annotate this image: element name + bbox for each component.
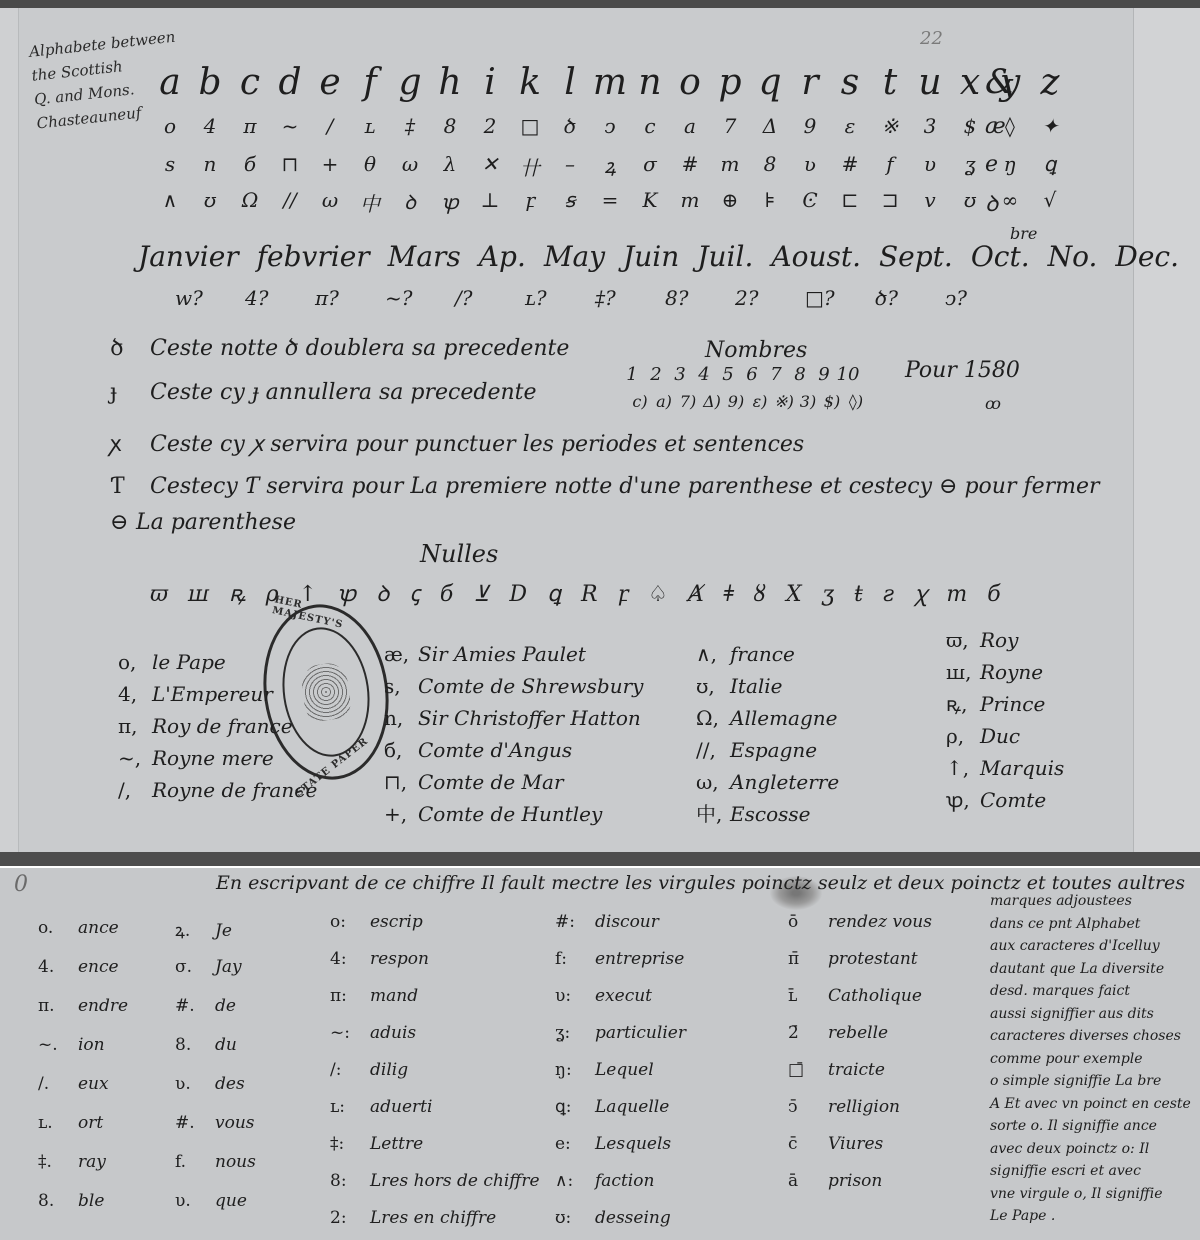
cipher-symbol: ✦ — [1030, 114, 1070, 138]
number-code: $) — [820, 392, 844, 411]
key-entry: ∧,france — [696, 638, 839, 670]
paragraph-line: marques adjoustees — [990, 890, 1191, 913]
cipher-symbol: # — [670, 152, 710, 181]
month-code: 8? — [665, 286, 735, 310]
key-entry: ʟ.ort — [38, 1113, 103, 1133]
cipher-code: υ: — [555, 986, 595, 1006]
number-digit: 9 — [812, 364, 836, 385]
null-symbol: Ⱥ — [688, 582, 704, 607]
month-name: Aoust. — [771, 240, 861, 273]
extra-symbol: æ — [985, 114, 1006, 139]
cipher-code: 8. — [38, 1191, 78, 1211]
key-entry: e:Lesquels — [555, 1134, 671, 1154]
key-entry: ~:aduis — [330, 1023, 416, 1043]
number-code: 9) — [724, 392, 748, 411]
plaintext-value: ion — [78, 1035, 105, 1055]
cipher-symbol: 8 — [750, 152, 790, 181]
null-symbol: б — [987, 582, 1000, 607]
key-entry: ϖ,Roy — [946, 624, 1064, 656]
names-column-3: ∧,franceʊ,ItalieΩ,Allemagne//,Espagneω,A… — [696, 638, 839, 830]
alphabet-letter: r — [790, 62, 830, 103]
months-suffix: bre — [1010, 224, 1037, 243]
null-symbol: ŧ — [854, 582, 863, 607]
plaintext-value: eux — [78, 1074, 109, 1094]
cipher-code: /, — [118, 774, 152, 806]
plaintext-value: particulier — [595, 1023, 686, 1043]
key-entry: o,le Pape — [118, 646, 317, 678]
null-symbol: ǂ — [724, 582, 734, 607]
note-line-punctuation: ꭗCeste cy ꭗ servira pour punctuer les pe… — [110, 428, 804, 458]
alphabet-letters-row: abcdefghiklmnopqrstuxyz — [150, 62, 1070, 103]
key-entry: υ:execut — [555, 986, 652, 1006]
month-code: ‡? — [595, 286, 665, 310]
paragraph-line: dautant que La diversite — [990, 958, 1191, 981]
key-entry: ꝗ:Laquelle — [555, 1097, 669, 1117]
key-entry: o:escrip — [330, 912, 423, 932]
cipher-code: б, — [384, 734, 418, 766]
cipher-code: ʓ: — [555, 1023, 595, 1043]
cipher-code: ʊ: — [555, 1208, 595, 1228]
cipher-code: ʟ. — [38, 1113, 78, 1133]
cipher-code: σ. — [175, 957, 215, 977]
key-entry: n,Sir Christoffer Hatton — [384, 702, 643, 734]
plaintext-value: Lettre — [370, 1134, 423, 1154]
key-entry: π,Roy de france — [118, 710, 317, 742]
cipher-code: c̄ — [788, 1134, 828, 1154]
number-digit: 6 — [740, 364, 764, 385]
cipher-symbol: 4 — [190, 114, 230, 138]
cipher-code: ꝕ, — [946, 784, 980, 816]
cipher-symbol: ꝗ — [1030, 152, 1070, 181]
cipher-symbol: m — [710, 152, 750, 181]
cipher-symbol: n — [190, 152, 230, 181]
plaintext-value: prison — [828, 1171, 882, 1191]
cipher-code: n, — [384, 702, 418, 734]
cipher-code: s, — [384, 670, 418, 702]
key-entry: /.eux — [38, 1074, 109, 1094]
number-code: 7) — [676, 392, 700, 411]
key-entry: c̄Viures — [788, 1134, 883, 1154]
cipher-code: 8: — [330, 1171, 370, 1191]
plaintext-value: dilig — [370, 1060, 408, 1080]
key-entry: ꟺ,Royne — [946, 656, 1064, 688]
null-symbol: ꟺ — [188, 582, 209, 607]
plaintext-value: traicte — [828, 1060, 885, 1080]
cipher-symbol: ↄ — [590, 114, 630, 138]
plaintext-value: Royne de france — [152, 778, 317, 802]
key-entry: 4,L'Empereur — [118, 678, 317, 710]
cipher-code: #. — [175, 996, 215, 1016]
cipher-code: ʟ: — [330, 1097, 370, 1117]
cipher-code: ‡: — [330, 1134, 370, 1154]
plaintext-value: des — [215, 1074, 245, 1094]
cipher-symbol: ꝝ — [590, 152, 630, 181]
key-entry: #.de — [175, 996, 236, 1016]
note-text: Ceste notte ծ doublera sa precedente — [150, 336, 569, 361]
number-digit: 1 — [620, 364, 644, 385]
cipher-symbol: υ — [910, 152, 950, 181]
months-row: JanvierfebvrierMarsAp.MayJuinJuil.Aoust.… — [138, 240, 1197, 273]
cipher-symbol: ʟ — [350, 114, 390, 138]
cipher-symbol: ⊥ — [470, 188, 510, 217]
cipher-code: Ω, — [696, 702, 730, 734]
cipher-code: #. — [175, 1113, 215, 1133]
cipher-code: ρ, — [946, 720, 980, 752]
month-code: 4? — [245, 286, 315, 310]
plaintext-value: Escosse — [730, 802, 810, 826]
key-entry: 8.ble — [38, 1191, 104, 1211]
note-text: Ceste cy ꭗ servira pour punctuer les per… — [150, 432, 804, 457]
number-code: 3) — [796, 392, 820, 411]
plaintext-value: rendez vous — [828, 912, 932, 932]
key-entry: /:dilig — [330, 1060, 408, 1080]
month-code: ~? — [385, 286, 455, 310]
numbers-codes-row: c)a)7)Δ)9)ε)※)3)$)◊) — [628, 392, 868, 411]
cipher-symbol: // — [270, 188, 310, 217]
names-column-2: æ,Sir Amies Paulets,Comte de Shrewsburyn… — [384, 638, 643, 830]
number-digit: 7 — [764, 364, 788, 385]
numbers-digits-row: 12345678910 — [620, 364, 860, 385]
sheet-right-margin — [1133, 8, 1200, 854]
cipher-code: ʟ̄ — [788, 986, 828, 1006]
cipher-code: □̄ — [788, 1060, 828, 1080]
plaintext-value: de — [215, 996, 236, 1016]
plaintext-value: Comte d'Angus — [418, 738, 572, 762]
alphabet-letter: s — [830, 62, 870, 103]
cipher-symbol: ꝕ — [430, 188, 470, 217]
cipher-code: π, — [118, 710, 152, 742]
number-digit: 2 — [644, 364, 668, 385]
plaintext-value: mand — [370, 986, 418, 1006]
number-code: ε) — [748, 392, 772, 411]
cipher-symbol: ʊ — [190, 188, 230, 217]
key-entry: /,Royne de france — [118, 774, 317, 806]
month-name: May — [544, 240, 605, 273]
key-entry: #:discour — [555, 912, 659, 932]
cipher-symbol: ꞩ — [550, 188, 590, 217]
alphabet-letter: g — [390, 62, 430, 103]
plaintext-value: ance — [78, 918, 119, 938]
plaintext-value: Royne mere — [152, 746, 274, 770]
paragraph-line: comme pour exemple — [990, 1048, 1191, 1071]
note-symbol: ծ — [110, 336, 150, 361]
cipher-code: ϖ, — [946, 624, 980, 656]
key-entry: o.ance — [38, 918, 119, 938]
null-symbol: ꝼ — [618, 582, 629, 607]
cipher-symbol: v — [910, 188, 950, 217]
explanation-paragraph: marques adjousteesdans ce pnt Alphabetau… — [990, 890, 1191, 1228]
cipher-symbol: ⊓ — [270, 152, 310, 181]
cipher-symbol: Δ — [750, 114, 790, 138]
plaintext-value: ort — [78, 1113, 103, 1133]
plaintext-value: desseing — [595, 1208, 671, 1228]
plaintext-value: le Pape — [152, 650, 226, 674]
key-entry: āprison — [788, 1171, 882, 1191]
cipher-code: /. — [38, 1074, 78, 1094]
cipher-symbol: ʋ — [790, 152, 830, 181]
number-code: c) — [628, 392, 652, 411]
plaintext-value: vous — [215, 1113, 255, 1133]
null-symbol: ♤ — [648, 582, 668, 607]
plaintext-value: ble — [78, 1191, 104, 1211]
note-text: Ceste cy ɟ annullera sa precedente — [150, 380, 537, 405]
key-entry: 8:Lres hors de chiffre — [330, 1171, 540, 1191]
note-symbol: ɟ — [110, 380, 150, 405]
month-name: Janvier — [138, 240, 239, 273]
cipher-code: f. — [175, 1152, 215, 1172]
cipher-code: ꝶ, — [946, 688, 980, 720]
key-entry: ∧:faction — [555, 1171, 654, 1191]
key-entry: 2̄rebelle — [788, 1023, 888, 1043]
key-entry: #.vous — [175, 1113, 255, 1133]
cipher-symbol: c — [630, 114, 670, 138]
cipher-symbol: 卄 — [510, 152, 550, 181]
plaintext-value: Comte de Shrewsbury — [418, 674, 643, 698]
null-symbol: D — [509, 582, 527, 607]
plaintext-value: Espagne — [730, 738, 817, 762]
cipher-code: 4, — [118, 678, 152, 710]
note-line-parenthesis-open: ƬCestecy Ƭ servira pour La premiere nott… — [110, 474, 1100, 499]
extra-symbol: ꝺ — [985, 188, 998, 218]
note-line-doubler: ծCeste notte ծ doublera sa precedente — [110, 336, 569, 361]
cipher-code: ʋ. — [175, 1074, 215, 1094]
key-entry: ʊ:desseing — [555, 1208, 671, 1228]
cipher-symbol: ʊ — [950, 188, 990, 217]
paragraph-line: signiffie escri et avec — [990, 1160, 1191, 1183]
alphabet-letter: m — [590, 62, 630, 103]
plaintext-value: Prince — [980, 692, 1045, 716]
key-entry: ↑,Marquis — [946, 752, 1064, 784]
key-entry: π:mand — [330, 986, 418, 1006]
month-name: Sept. — [879, 240, 953, 273]
null-symbol: ƨ — [883, 582, 894, 607]
plaintext-value: aduis — [370, 1023, 416, 1043]
key-entry: Ω,Allemagne — [696, 702, 839, 734]
cipher-symbol: 2 — [470, 114, 510, 138]
month-code: ʟ? — [525, 286, 595, 310]
number-digit: 5 — [716, 364, 740, 385]
cipher-symbol: ~ — [270, 114, 310, 138]
note-symbol: ꭗ — [110, 428, 150, 458]
cipher-symbol: s — [150, 152, 190, 181]
plaintext-value: ray — [78, 1152, 106, 1172]
null-symbol: X — [786, 582, 802, 607]
plaintext-value: ence — [78, 957, 119, 977]
key-entry: б,Comte d'Angus — [384, 734, 643, 766]
cipher-symbol: # — [830, 152, 870, 181]
alphabet-letter: n — [630, 62, 670, 103]
null-symbol: ꝶ — [229, 578, 246, 608]
cipher-code: ꝝ. — [175, 918, 215, 941]
cipher-code: ŋ: — [555, 1060, 595, 1080]
cipher-symbol: 9 — [790, 114, 830, 138]
cipher-code: +, — [384, 798, 418, 830]
cipher-symbol: ⊏ — [830, 188, 870, 217]
cipher-symbol: 3 — [910, 114, 950, 138]
alphabet-letter: b — [190, 62, 230, 103]
key-entry: ↄ̄relligion — [788, 1097, 900, 1117]
cipher-code: 中, — [696, 798, 730, 830]
key-entry: //,Espagne — [696, 734, 839, 766]
month-name: Mars — [388, 240, 461, 273]
cipher-symbol: ⊐ — [870, 188, 910, 217]
cipher-code: ⊓, — [384, 766, 418, 798]
paragraph-line: vne virgule o, Il signiffie — [990, 1183, 1191, 1206]
key-entry: ⊓,Comte de Mar — [384, 766, 643, 798]
key-entry: ʟ:aduerti — [330, 1097, 432, 1117]
month-name: febvrier — [257, 240, 370, 273]
number-digit: 10 — [836, 364, 860, 385]
alphabet-letter: p — [710, 62, 750, 103]
cipher-symbol-row-2: snб⊓+θωλ✕卄–ꝝσ#m8ʋ#fυʓŋꝗ — [150, 152, 1070, 181]
plaintext-value: Lres en chiffre — [370, 1208, 496, 1228]
plaintext-value: protestant — [828, 949, 918, 969]
plaintext-value: aduerti — [370, 1097, 432, 1117]
plaintext-value: Sir Christoffer Hatton — [418, 706, 641, 730]
plaintext-value: endre — [78, 996, 128, 1016]
cipher-symbol: ✕ — [470, 152, 510, 181]
alphabet-letter: u — [910, 62, 950, 103]
plaintext-value: Comte de Huntley — [418, 802, 602, 826]
number-digit: 4 — [692, 364, 716, 385]
key-entry: 4:respon — [330, 949, 429, 969]
plaintext-value: Lres hors de chiffre — [370, 1171, 540, 1191]
paragraph-line: Le Pape . — [990, 1205, 1191, 1228]
key-entry: ꝕ,Comte — [946, 784, 1064, 816]
cipher-code: 4. — [38, 957, 78, 977]
cipher-code: ō — [788, 912, 828, 932]
month-name: Ap. — [479, 240, 526, 273]
cipher-symbol: 8 — [430, 114, 470, 138]
cipher-symbol: – — [550, 152, 590, 181]
cipher-code: ↄ̄ — [788, 1097, 828, 1117]
null-symbol: ʒ — [822, 582, 834, 607]
cipher-symbol: Ͼ — [790, 188, 830, 217]
cipher-code: ∧: — [555, 1171, 595, 1191]
number-code: Δ) — [700, 392, 724, 411]
null-symbol: ꞔ — [409, 578, 420, 608]
cipher-symbol: o — [150, 114, 190, 138]
cipher-symbol: ∧ — [150, 188, 190, 217]
cipher-code: 2̄ — [788, 1023, 828, 1043]
month-code: ↄ? — [945, 286, 1015, 310]
month-codes-row: w?4?π?~?/?ʟ?‡?8?2?□?ծ?ↄ? — [175, 286, 1015, 310]
null-symbol: ꝗ — [547, 582, 561, 607]
cipher-symbol: ꝼ — [510, 188, 550, 217]
number-code: a) — [652, 392, 676, 411]
cipher-code: //, — [696, 734, 730, 766]
key-entry: 中,Escosse — [696, 798, 839, 830]
null-symbol: ꝕ — [337, 578, 356, 608]
null-symbol: б — [440, 582, 453, 607]
month-name: Oct. — [971, 240, 1030, 273]
plaintext-value: Catholique — [828, 986, 922, 1006]
key-entry: 2:Lres en chiffre — [330, 1208, 496, 1228]
numbers-title: Nombres — [705, 338, 807, 363]
cipher-code: ~, — [118, 742, 152, 774]
plaintext-value: Lequel — [595, 1060, 654, 1080]
alphabet-extra-letter: & — [985, 62, 1015, 102]
alphabet-letter: e — [310, 62, 350, 103]
null-symbol: ꝺ — [376, 578, 389, 608]
cipher-symbol: ծ — [550, 114, 590, 138]
key-entry: π.endre — [38, 996, 128, 1016]
note-text: Cestecy Ƭ servira pour La premiere notte… — [150, 474, 1100, 499]
paragraph-line: avec deux poinctz o: Il — [990, 1138, 1191, 1161]
null-symbol: ȣ — [754, 582, 766, 607]
cipher-symbol: / — [310, 114, 350, 138]
plaintext-value: Viures — [828, 1134, 883, 1154]
key-entry: ʟ̄Catholique — [788, 986, 922, 1006]
cipher-symbol: 7 — [710, 114, 750, 138]
nulles-title: Nulles — [420, 540, 498, 568]
cipher-code: /: — [330, 1060, 370, 1080]
month-code: w? — [175, 286, 245, 310]
paragraph-line: desd. marques faict — [990, 980, 1191, 1003]
number-digit: 3 — [668, 364, 692, 385]
null-symbol: ⊻ — [473, 582, 489, 607]
month-name: No. — [1048, 240, 1098, 273]
key-entry: s,Comte de Shrewsbury — [384, 670, 643, 702]
cipher-code: f: — [555, 949, 595, 969]
cipher-code: υ. — [175, 1191, 215, 1211]
key-entry: ʓ:particulier — [555, 1023, 686, 1043]
note-text: La parenthese — [136, 510, 296, 535]
month-code: ծ? — [875, 286, 945, 310]
cipher-code: 2: — [330, 1208, 370, 1228]
cipher-symbol: θ — [350, 152, 390, 181]
alphabet-letter: i — [470, 62, 510, 103]
null-symbol: m — [946, 582, 967, 607]
year-label: Pour 1580 — [905, 358, 1020, 383]
cipher-symbol: $ — [950, 114, 990, 138]
cipher-symbol: σ — [630, 152, 670, 181]
cipher-code: o, — [118, 646, 152, 678]
cipher-symbol: + — [310, 152, 350, 181]
cipher-symbol: = — [590, 188, 630, 217]
month-name: Dec. — [1115, 240, 1179, 273]
month-code: 2? — [735, 286, 805, 310]
key-entry: f:entreprise — [555, 949, 684, 969]
cipher-code: 4: — [330, 949, 370, 969]
cipher-symbol: ω — [310, 188, 350, 217]
key-entry: ω,Angleterre — [696, 766, 839, 798]
plaintext-value: nous — [215, 1152, 256, 1172]
plaintext-value: Sir Amies Paulet — [418, 642, 586, 666]
month-name: Juil. — [697, 240, 753, 273]
cipher-symbol: Ω — [230, 188, 270, 217]
cipher-code: ā — [788, 1171, 828, 1191]
cipher-code: æ, — [384, 638, 418, 670]
month-code: π? — [315, 286, 385, 310]
month-code: /? — [455, 286, 525, 310]
note-line-annuller: ɟCeste cy ɟ annullera sa precedente — [110, 380, 537, 405]
key-entry: ʊ,Italie — [696, 670, 839, 702]
plaintext-value: escrip — [370, 912, 423, 932]
alphabet-letter: d — [270, 62, 310, 103]
plaintext-value: Laquelle — [595, 1097, 669, 1117]
key-entry: ‡.ray — [38, 1152, 106, 1172]
plaintext-value: faction — [595, 1171, 654, 1191]
plaintext-value: discour — [595, 912, 659, 932]
plaintext-value: france — [730, 642, 795, 666]
key-entry: ōrendez vous — [788, 912, 932, 932]
cipher-code: ω, — [696, 766, 730, 798]
cipher-symbol: □ — [510, 114, 550, 138]
alphabet-letter: k — [510, 62, 550, 103]
plaintext-value: Comte de Mar — [418, 770, 564, 794]
alphabet-letter: x — [950, 62, 990, 103]
